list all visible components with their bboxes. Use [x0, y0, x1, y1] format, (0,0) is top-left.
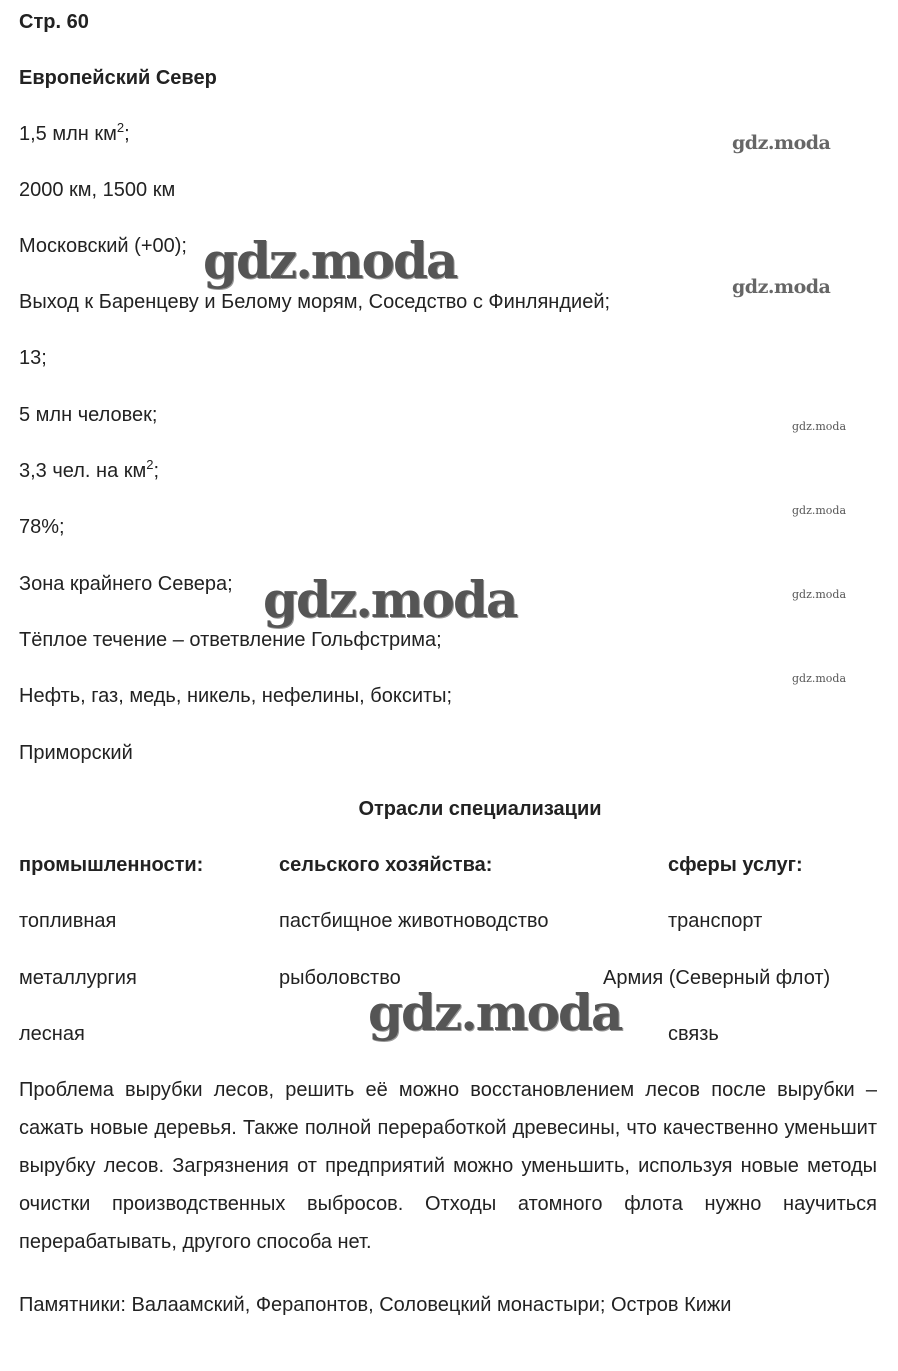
header-industry: промышленности: — [19, 853, 203, 877]
watermark: gdz.moda — [732, 132, 830, 154]
watermark: gdz.moda — [203, 236, 456, 286]
page-label: Стр. 60 — [19, 10, 89, 34]
specialization-title: Отрасли специализации — [0, 797, 898, 821]
fact-tail: ; — [124, 123, 130, 145]
region-title: Европейский Север — [19, 66, 217, 90]
watermark: gdz.moda — [792, 672, 846, 685]
fact-subjects: 13; — [19, 346, 47, 370]
watermark: gdz.moda — [263, 575, 516, 625]
cell: Армия (Северный флот) — [603, 966, 830, 990]
fact-type: Приморский — [19, 741, 133, 765]
fact-timezone: Московский (+00); — [19, 234, 187, 258]
cell: связь — [668, 1022, 719, 1046]
cell: транспорт — [668, 909, 762, 933]
cell: топливная — [19, 909, 116, 933]
watermark: gdz.moda — [792, 504, 846, 517]
problem-paragraph: Проблема вырубки лесов, решить её можно … — [19, 1071, 877, 1261]
cell: лесная — [19, 1022, 85, 1046]
fact-tail: ; — [153, 460, 159, 482]
watermark: gdz.moda — [792, 420, 846, 433]
fact-text: 1,5 млн км — [19, 123, 117, 145]
monuments: Памятники: Валаамский, Ферапонтов, Солов… — [19, 1293, 731, 1317]
fact-population: 5 млн человек; — [19, 403, 157, 427]
watermark: gdz.moda — [368, 988, 621, 1038]
watermark: gdz.moda — [792, 588, 846, 601]
watermark: gdz.moda — [732, 276, 830, 298]
cell: металлургия — [19, 966, 137, 990]
fact-dimensions: 2000 км, 1500 км — [19, 178, 175, 202]
fact-area: 1,5 млн км2; — [19, 122, 130, 146]
fact-density: 3,3 чел. на км2; — [19, 459, 159, 483]
fact-zone: Зона крайнего Севера; — [19, 572, 233, 596]
fact-position: Выход к Баренцеву и Белому морям, Соседс… — [19, 290, 610, 314]
fact-current: Тёплое течение – ответвление Гольфстрима… — [19, 628, 442, 652]
header-services: сферы услуг: — [668, 853, 803, 877]
fact-text: 3,3 чел. на км — [19, 460, 146, 482]
fact-resources: Нефть, газ, медь, никель, нефелины, бокс… — [19, 684, 452, 708]
fact-urban: 78%; — [19, 515, 65, 539]
header-agriculture: сельского хозяйства: — [279, 853, 492, 877]
cell: пастбищное животноводство — [279, 909, 548, 933]
